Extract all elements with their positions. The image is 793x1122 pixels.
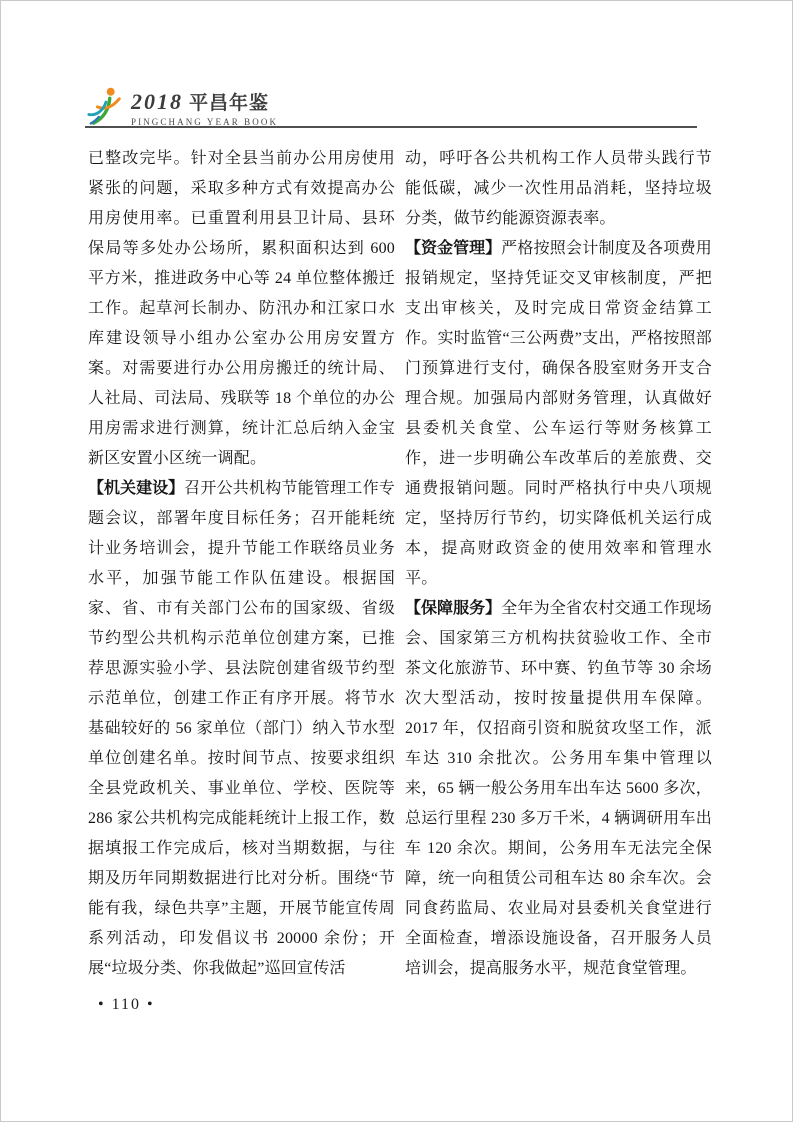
paragraph-text: 召开公共机构节能管理工作专题会议，部署年度目标任务；召开能耗统计业务培训会，提升…	[88, 480, 395, 977]
header-divider	[85, 126, 697, 128]
entry-paragraph: 【资金管理】严格按照会计制度及各项费用报销规定，坚持凭证交叉审核制度，严把支出审…	[405, 234, 712, 594]
paragraph-text: 已整改完毕。针对全县当前办公用房使用紧张的问题，采取多种方式有效提高办公用房使用…	[88, 150, 395, 467]
paragraph-text: 动，呼吁各公共机构工作人员带头践行节能低碳，减少一次性用品消耗，坚持垃圾分类，做…	[405, 150, 712, 227]
logo-title-cn: 平昌年鉴	[189, 88, 269, 115]
page-number: • 110 •	[98, 996, 155, 1014]
page-header: 2018 平昌年鉴 PINGCHANG YEAR BOOK	[86, 84, 278, 127]
entry-label: 【资金管理】	[405, 240, 501, 257]
yearbook-logo-icon	[86, 84, 124, 126]
left-column: 已整改完毕。针对全县当前办公用房使用紧张的问题，采取多种方式有效提高办公用房使用…	[88, 144, 395, 984]
logo-year: 2018	[131, 89, 183, 115]
entry-paragraph: 【机关建设】召开公共机构节能管理工作专题会议，部署年度目标任务；召开能耗统计业务…	[88, 474, 395, 984]
paragraph-continued: 已整改完毕。针对全县当前办公用房使用紧张的问题，采取多种方式有效提高办公用房使用…	[88, 144, 395, 474]
text-columns: 已整改完毕。针对全县当前办公用房使用紧张的问题，采取多种方式有效提高办公用房使用…	[88, 144, 712, 984]
entry-label: 【保障服务】	[405, 600, 501, 617]
yearbook-page: 2018 平昌年鉴 PINGCHANG YEAR BOOK 已整改完毕。针对全县…	[0, 0, 793, 1122]
logo-text-block: 2018 平昌年鉴 PINGCHANG YEAR BOOK	[131, 84, 278, 127]
entry-paragraph: 【保障服务】全年为全省农村交通工作现场会、国家第三方机构扶贫验收工作、全市茶文化…	[405, 594, 712, 984]
paragraph-text: 严格按照会计制度及各项费用报销规定，坚持凭证交叉审核制度，严把支出审核关，及时完…	[405, 240, 712, 587]
paragraph-continued: 动，呼吁各公共机构工作人员带头践行节能低碳，减少一次性用品消耗，坚持垃圾分类，做…	[405, 144, 712, 234]
right-column: 动，呼吁各公共机构工作人员带头践行节能低碳，减少一次性用品消耗，坚持垃圾分类，做…	[405, 144, 712, 984]
paragraph-text: 全年为全省农村交通工作现场会、国家第三方机构扶贫验收工作、全市茶文化旅游节、环中…	[405, 600, 712, 977]
entry-label: 【机关建设】	[88, 480, 184, 497]
